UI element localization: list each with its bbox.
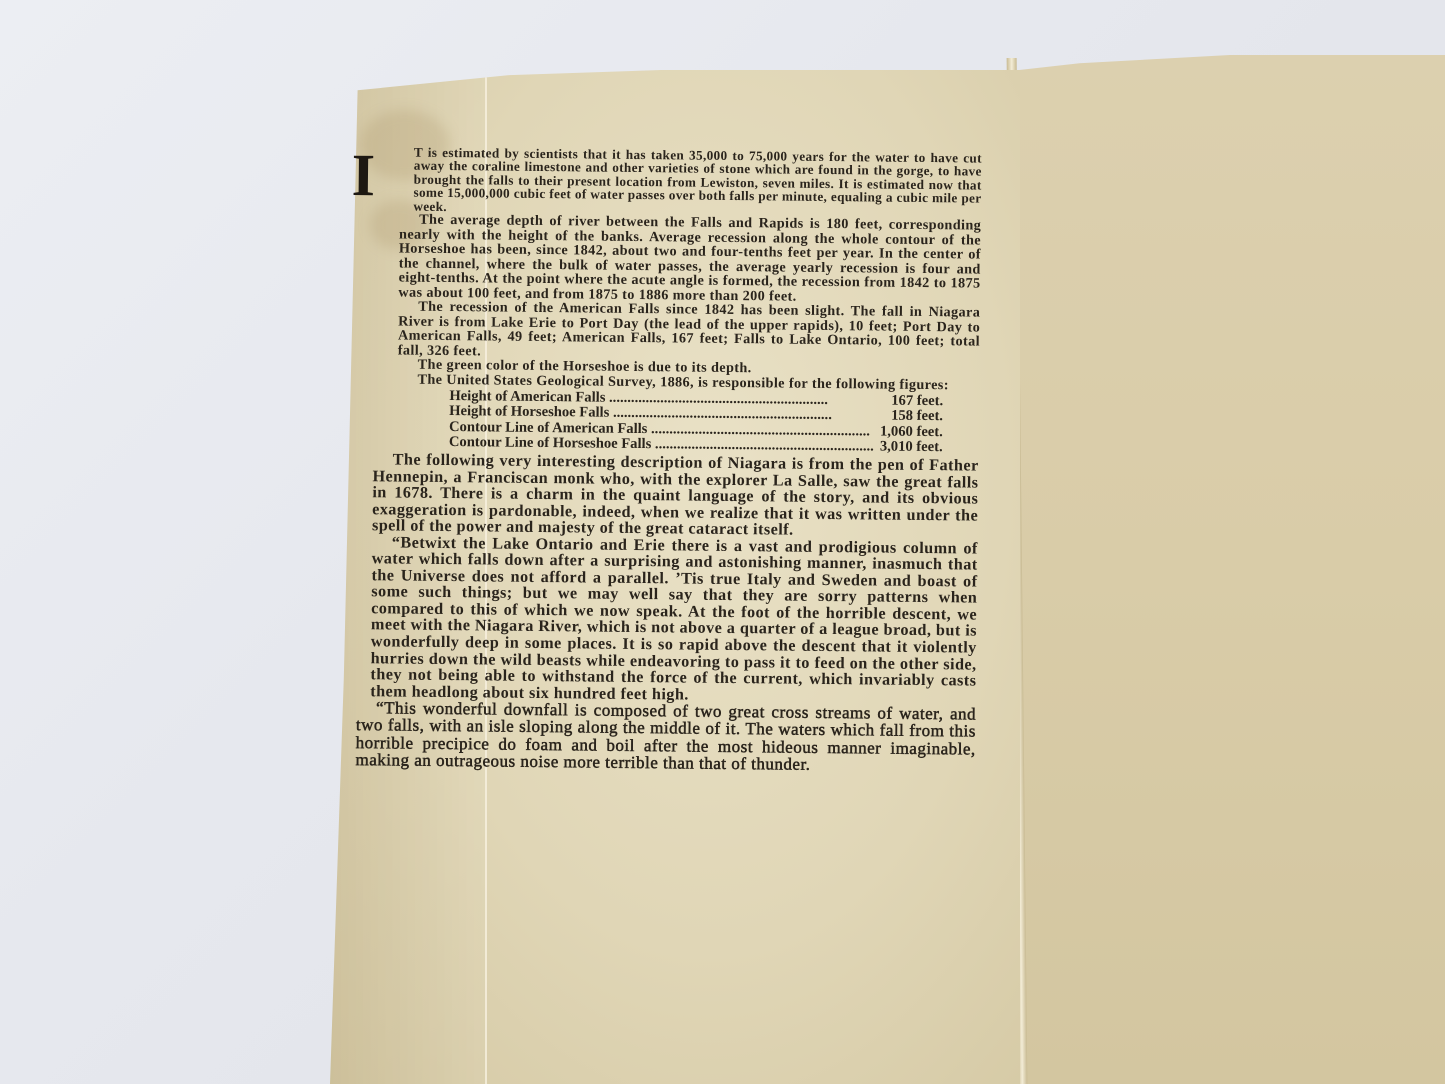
document-text-block: I T is estimated by scientists that it h… xyxy=(345,145,981,775)
hennepin-quote-2: “This wonderful downfall is composed of … xyxy=(355,699,976,775)
right-page-blank xyxy=(1015,55,1445,1084)
figure-value: 158 feet. xyxy=(874,409,943,425)
figure-value: 167 feet. xyxy=(874,394,943,410)
survey-figures-table: Height of American Falls 167 feet. Heigh… xyxy=(449,389,943,455)
figure-value: 3,010 feet. xyxy=(874,439,943,455)
hennepin-intro-paragraph: The following very interesting descripti… xyxy=(372,452,979,541)
hennepin-quote-1: “Betwixt the Lake Ontario and Erie there… xyxy=(370,534,978,705)
american-falls-paragraph: The recession of the American Falls sinc… xyxy=(398,300,981,364)
drop-cap: I xyxy=(351,151,375,199)
depth-recession-paragraph: The average depth of river between the F… xyxy=(398,213,981,306)
intro-paragraph: T is estimated by scientists that it has… xyxy=(413,146,982,219)
